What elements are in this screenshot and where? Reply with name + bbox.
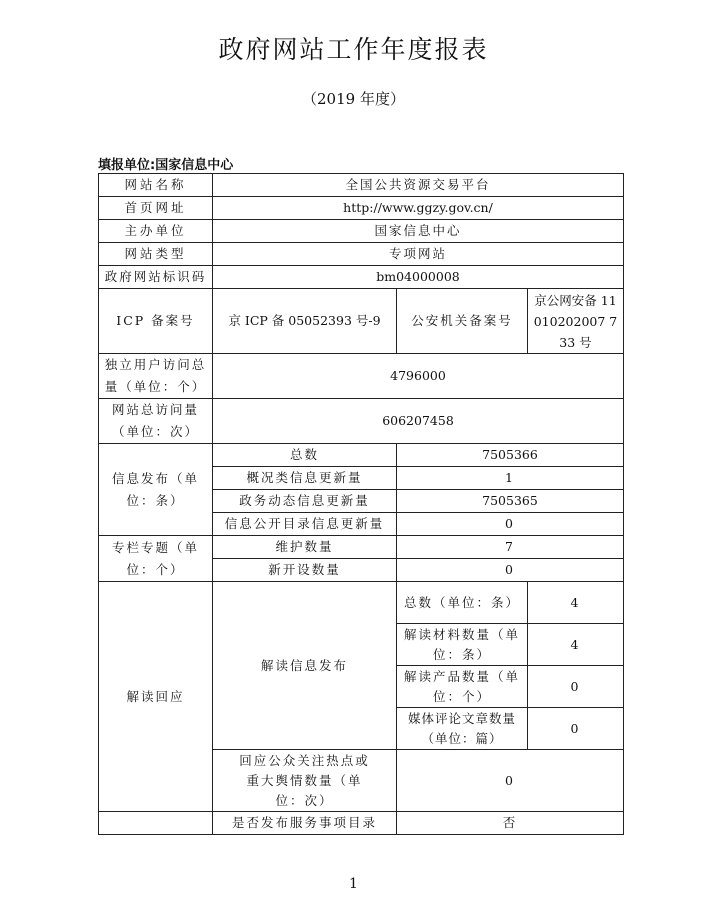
info-publish-item-label: 概况类信息更新量: [213, 467, 397, 490]
report-year: （2019 年度）: [0, 88, 707, 109]
interpretation-item-label: 总数（单位：条）: [397, 582, 528, 624]
icp-value: 京 ICP 备 05052393 号-9: [213, 289, 397, 354]
table-row: 解读回应 解读信息发布 总数（单位：条） 4: [99, 582, 624, 624]
site-name-value: 全国公共资源交易平台: [213, 174, 624, 197]
table-row: 首页网址 http://www.ggzy.gov.cn/: [99, 197, 624, 220]
columns-item-value: 7: [397, 536, 624, 559]
site-name-label: 网站名称: [99, 174, 213, 197]
table-row: 信息发布（单位：条） 总数 7505366: [99, 444, 624, 467]
unique-visitors-label: 独立用户访问总量（单位：个）: [99, 354, 213, 399]
table-row: ICP 备案号 京 ICP 备 05052393 号-9 公安机关备案号 京公网…: [99, 289, 624, 354]
table-row: 主办单位 国家信息中心: [99, 220, 624, 243]
interpretation-item-value: 0: [528, 708, 624, 750]
police-record-label: 公安机关备案号: [397, 289, 528, 354]
page-title: 政府网站工作年度报表: [0, 30, 707, 66]
table-row: 独立用户访问总量（单位：个） 4796000: [99, 354, 624, 399]
total-visits-value: 606207458: [213, 399, 624, 444]
public-response-label: 回应公众关注热点或重大舆情数量（单位：次）: [213, 750, 397, 812]
interpretation-item-value: 0: [528, 666, 624, 708]
report-table: 网站名称 全国公共资源交易平台 首页网址 http://www.ggzy.gov…: [98, 173, 624, 835]
interpretation-item-label: 媒体评论文章数量（单位：篇）: [397, 708, 528, 750]
reporting-unit: 填报单位:国家信息中心: [98, 154, 233, 173]
table-row: 网站总访问量（单位：次） 606207458: [99, 399, 624, 444]
site-type-value: 专项网站: [213, 243, 624, 266]
columns-item-label: 新开设数量: [213, 559, 397, 582]
info-publish-item-value: 0: [397, 513, 624, 536]
empty-cell: [99, 812, 213, 835]
total-visits-label: 网站总访问量（单位：次）: [99, 399, 213, 444]
host-unit-label: 主办单位: [99, 220, 213, 243]
interpretation-item-label: 解读材料数量（单位：条）: [397, 624, 528, 666]
site-id-label: 政府网站标识码: [99, 266, 213, 289]
homepage-url-label: 首页网址: [99, 197, 213, 220]
columns-label: 专栏专题（单位：个）: [99, 536, 213, 582]
unique-visitors-value: 4796000: [213, 354, 624, 399]
interpretation-item-value: 4: [528, 582, 624, 624]
table-row: 是否发布服务事项目录 否: [99, 812, 624, 835]
public-response-value: 0: [397, 750, 624, 812]
columns-item-label: 维护数量: [213, 536, 397, 559]
interpretation-item-value: 4: [528, 624, 624, 666]
police-record-value: 京公网安备 11010202007 733 号: [528, 289, 624, 354]
info-publish-item-label: 政务动态信息更新量: [213, 490, 397, 513]
interpretation-item-label: 解读产品数量（单位：个）: [397, 666, 528, 708]
info-publish-item-value: 1: [397, 467, 624, 490]
info-publish-item-label: 信息公开目录信息更新量: [213, 513, 397, 536]
host-unit-value: 国家信息中心: [213, 220, 624, 243]
interpretation-sub-label: 解读信息发布: [213, 582, 397, 750]
service-catalog-label: 是否发布服务事项目录: [213, 812, 397, 835]
page-number: 1: [0, 876, 707, 892]
site-type-label: 网站类型: [99, 243, 213, 266]
service-catalog-value: 否: [397, 812, 624, 835]
homepage-url-value: http://www.ggzy.gov.cn/: [213, 197, 624, 220]
interpretation-label: 解读回应: [99, 582, 213, 812]
info-publish-item-label: 总数: [213, 444, 397, 467]
icp-label: ICP 备案号: [99, 289, 213, 354]
table-row: 专栏专题（单位：个） 维护数量 7: [99, 536, 624, 559]
table-row: 网站名称 全国公共资源交易平台: [99, 174, 624, 197]
table-row: 政府网站标识码 bm04000008: [99, 266, 624, 289]
info-publish-item-value: 7505366: [397, 444, 624, 467]
columns-item-value: 0: [397, 559, 624, 582]
site-id-value: bm04000008: [213, 266, 624, 289]
table-row: 网站类型 专项网站: [99, 243, 624, 266]
info-publish-label: 信息发布（单位：条）: [99, 444, 213, 536]
info-publish-item-value: 7505365: [397, 490, 624, 513]
